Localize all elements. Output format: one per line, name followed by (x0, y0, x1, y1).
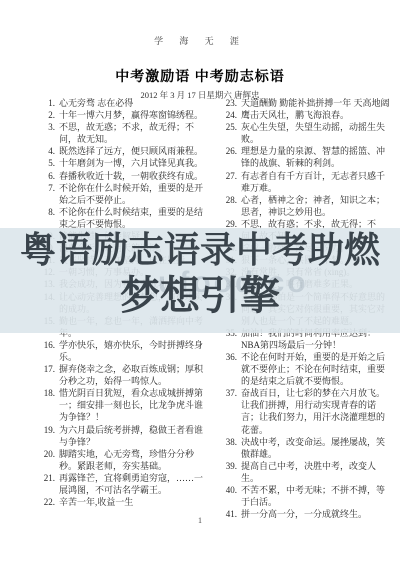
list-item: 23.天道酬勤 勤能补拙拼搏一年 天高地阔 (222, 97, 392, 109)
list-item: 36.不论在何时开始，重要的是开始之后就不要停止；不论在何时结束，重要的是结束之… (222, 351, 392, 387)
list-item: 2.十年一博六月梦，赢得寒窗锦绣程。 (40, 109, 203, 121)
list-item: 20.脚踏实地，心无旁骛，珍惜分分秒秒。紧跟老师，夯实基础。 (40, 448, 203, 472)
item-number: 20. (40, 448, 59, 472)
item-text: 不论你在什么时候开始，重要的是开始之后不要停止。 (59, 182, 203, 206)
item-number: 5. (40, 157, 59, 169)
item-text: 心者，栖神之舍；神者，知识之本；思者，神识之妙用也。 (241, 194, 392, 218)
list-item: 19.为六月最后统考拼搏，稳做王者看谁与争锋？ (40, 424, 203, 448)
item-number: 40. (222, 484, 241, 508)
item-text: 心无旁骛 志在必得 (59, 97, 203, 109)
item-text: 鹰击天风壮，鹏飞海浪春。 (241, 109, 392, 121)
list-item: 37.奋战百日，让七彩的梦在六月放飞。让我们拼搏，用行动实现青春的诺言；让我们努… (222, 387, 392, 435)
item-text: 不苦不累，中考无味；不拼不搏，等于白活。 (241, 484, 392, 508)
item-number: 24. (222, 109, 241, 121)
item-number: 2. (40, 109, 59, 121)
list-item: 17.摒弃侥幸之念，必取百炼成钢；厚积分秒之功，始得一鸣惊人。 (40, 363, 203, 387)
item-text: 辛苦一年,收益一生 (59, 496, 203, 508)
item-number: 18. (40, 387, 59, 423)
item-text: 十年磨剑为一博，六月试锋见真我。 (59, 157, 203, 169)
item-text: 春播秋收近十载，一朝收获终有成。 (59, 170, 203, 182)
item-text: 有志者自有千方百计，无志者只感千难万难。 (241, 170, 392, 194)
list-item: 8.不论你在什么时候结束，重要的是结束之后不要悔恨。 (40, 206, 203, 230)
item-text: 不论在何时开始，重要的是开始之后就不要停止；不论在何时结束，重要的是结束之后就不… (241, 351, 392, 387)
item-text: 惜光阴百日犹短，看众志成城拼搏第一；细安排一刻也长，比龙争虎斗谁为争锋？！ (59, 387, 203, 423)
watermark-text-line1: 粤语励志语录中考助燃 (0, 232, 400, 268)
item-number: 6. (40, 170, 59, 182)
list-item: 38.决战中考，改变命运。屡挫屡战，笑傲群雄。 (222, 436, 392, 460)
item-number: 7. (40, 182, 59, 206)
list-item: 5.十年磨剑为一博，六月试锋见真我。 (40, 157, 203, 169)
item-text: 脚踏实地，心无旁骛，珍惜分分秒秒。紧跟老师，夯实基础。 (59, 448, 203, 472)
item-text: 不思，故无惑；不求，故无得；不问，故无知。 (59, 121, 203, 145)
list-item: 22.辛苦一年,收益一生 (40, 496, 203, 508)
list-item: 39.提高自己中考，决胜中考，改变人生。 (222, 460, 392, 484)
item-text: 既然选择了远方，便只顾风雨兼程。 (59, 145, 203, 157)
list-item: 40.不苦不累，中考无味；不拼不搏，等于白活。 (222, 484, 392, 508)
list-item: 18.惜光阴百日犹短，看众志成城拼搏第一；细安排一刻也长，比龙争虎斗谁为争锋？！ (40, 387, 203, 423)
item-number: 37. (222, 387, 241, 435)
item-number: 23. (222, 97, 241, 109)
page-number: 1 (0, 516, 400, 525)
item-text: 十年一博六月梦，赢得寒窗锦绣程。 (59, 109, 203, 121)
item-number: 27. (222, 170, 241, 194)
list-item: 1.心无旁骛 志在必得 (40, 97, 203, 109)
item-number: 28. (222, 194, 241, 218)
page-title: 中考激励语 中考励志标语 (0, 66, 400, 86)
item-text: 决战中考，改变命运。屡挫屡战，笑傲群雄。 (241, 436, 392, 460)
item-number: 19. (40, 424, 59, 448)
list-item: 16.学亦快乐，嬉亦快乐，今时拼搏终身乐。 (40, 339, 203, 363)
watermark-text-line2: 梦想引擎 (0, 276, 400, 316)
list-item: 26.理想是力量的泉源、智慧的摇篮、冲锋的战旗、斩棘的利剑。 (222, 145, 392, 169)
item-number: 26. (222, 145, 241, 169)
item-text: 提高自己中考，决胜中考，改变人生。 (241, 460, 392, 484)
item-number: 36. (222, 351, 241, 387)
list-item: 24.鹰击天风壮，鹏飞海浪春。 (222, 109, 392, 121)
item-number: 4. (40, 145, 59, 157)
page-header-motto: 学 海 无 涯 (0, 34, 400, 47)
item-number: 8. (40, 206, 59, 230)
item-number: 3. (40, 121, 59, 145)
item-text: 不论你在什么时候结束，重要的是结束之后不要悔恨。 (59, 206, 203, 230)
item-number: 17. (40, 363, 59, 387)
item-text: 再露锋芒，宜将剩勇追穷寇，……一展鸿图，不可沽名学霸王。 (59, 472, 203, 496)
list-item: 4.既然选择了远方，便只顾风雨兼程。 (40, 145, 203, 157)
list-item: 28.心者，栖神之舍；神者，知识之本；思者，神识之妙用也。 (222, 194, 392, 218)
list-item: 25.灰心生失望，失望生动摇，动摇生失败。 (222, 121, 392, 145)
item-text: 天道酬勤 勤能补拙拼搏一年 天高地阔 (241, 97, 392, 109)
item-number: 21. (40, 472, 59, 496)
item-number: 16. (40, 339, 59, 363)
list-item: 3.不思，故无惑；不求，故无得；不问，故无知。 (40, 121, 203, 145)
list-item: 7.不论你在什么时候开始，重要的是开始之后不要停止。 (40, 182, 203, 206)
item-text: 奋战百日，让七彩的梦在六月放飞。让我们拼搏，用行动实现青春的诺言；让我们努力，用… (241, 387, 392, 435)
item-number: 1. (40, 97, 59, 109)
list-item: 6.春播秋收近十载，一朝收获终有成。 (40, 170, 203, 182)
item-number: 22. (40, 496, 59, 508)
item-text: 理想是力量的泉源、智慧的摇篮、冲锋的战旗、斩棘的利剑。 (241, 145, 392, 169)
item-number: 39. (222, 460, 241, 484)
item-text: 摒弃侥幸之念，必取百炼成钢；厚积分秒之功，始得一鸣惊人。 (59, 363, 203, 387)
item-number: 38. (222, 436, 241, 460)
item-text: 灰心生失望，失望生动摇，动摇生失败。 (241, 121, 392, 145)
item-text: 为六月最后统考拼搏，稳做王者看谁与争锋？ (59, 424, 203, 448)
list-item: 27.有志者自有千方百计，无志者只感千难万难。 (222, 170, 392, 194)
item-text: 学亦快乐，嬉亦快乐，今时拼搏终身乐。 (59, 339, 203, 363)
list-item: 21.再露锋芒，宜将剩勇追穷寇，……一展鸿图，不可沽名学霸王。 (40, 472, 203, 496)
item-number: 25. (222, 121, 241, 145)
